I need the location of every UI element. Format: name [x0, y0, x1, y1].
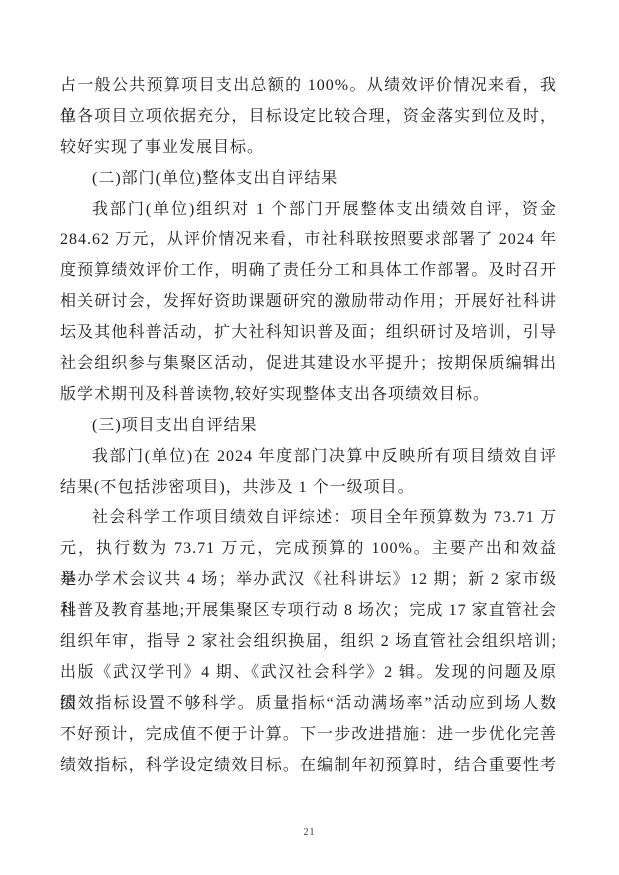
section-heading-line: (三)项目支出自评结果 — [60, 411, 557, 442]
page-number: 21 — [0, 827, 619, 838]
text-line: 出版《武汉学刊》4 期、《武汉社会科学》2 辑。发现的问题及原因: — [60, 658, 557, 689]
document-body: 占一般公共预算项目支出总额的 100%。从绩效评价情况来看，我单位各项目立项依据… — [60, 71, 557, 781]
text-line: 绩效指标，科学设定绩效目标。在编制年初预算时，结合重要性考 — [60, 751, 557, 782]
text-line: 相关研讨会，发挥好资助课题研究的激励带动作用；开展好社科讲 — [60, 287, 557, 318]
text-line: 社会科学工作项目绩效自评综述：项目全年预算数为 73.71 万 — [60, 503, 557, 534]
text-line: 坛及其他科普活动，扩大社科知识普及面；组织研讨及培训，引导 — [60, 318, 557, 349]
text-line: 我部门(单位)在 2024 年度部门决算中反映所有项目绩效自评 — [60, 442, 557, 473]
text-line: 不好预计，完成值不便于计算。下一步改进措施：进一步优化完善 — [60, 720, 557, 751]
section-heading-line: (二)部门(单位)整体支出自评结果 — [60, 164, 557, 195]
text-line: 位各项目立项依据充分，目标设定比较合理，资金落实到位及时， — [60, 102, 557, 133]
text-line: 社会组织参与集聚区活动，促进其建设水平提升；按期保质编辑出 — [60, 349, 557, 380]
text-line: 举办学术会议共 4 场；举办武汉《社科讲坛》12 期；新 2 家市级社 — [60, 565, 557, 596]
text-line: 科普及教育基地;开展集聚区专项行动 8 场次；完成 17 家直管社会 — [60, 596, 557, 627]
text-line: 元，执行数为 73.71 万元，完成预算的 100%。主要产出和效益是： — [60, 534, 557, 565]
text-line: 占一般公共预算项目支出总额的 100%。从绩效评价情况来看，我单 — [60, 71, 557, 102]
text-line: 度预算绩效评价工作，明确了责任分工和具体工作部署。及时召开 — [60, 256, 557, 287]
text-line: 版学术期刊及科普读物,较好实现整体支出各项绩效目标。 — [60, 380, 557, 411]
text-line: 较好实现了事业发展目标。 — [60, 133, 557, 164]
text-line: 组织年审，指导 2 家社会组织换届，组织 2 场直管社会组织培训; — [60, 627, 557, 658]
text-line: 绩效指标设置不够科学。质量指标“活动满场率”活动应到场人数 — [60, 689, 557, 720]
text-line: 结果(不包括涉密项目)，共涉及 1 个一级项目。 — [60, 473, 557, 504]
document-page: 占一般公共预算项目支出总额的 100%。从绩效评价情况来看，我单位各项目立项依据… — [0, 0, 619, 875]
text-line: 我部门(单位)组织对 1 个部门开展整体支出绩效自评，资金 — [60, 195, 557, 226]
text-line: 284.62 万元，从评价情况来看，市社科联按照要求部署了 2024 年 — [60, 225, 557, 256]
